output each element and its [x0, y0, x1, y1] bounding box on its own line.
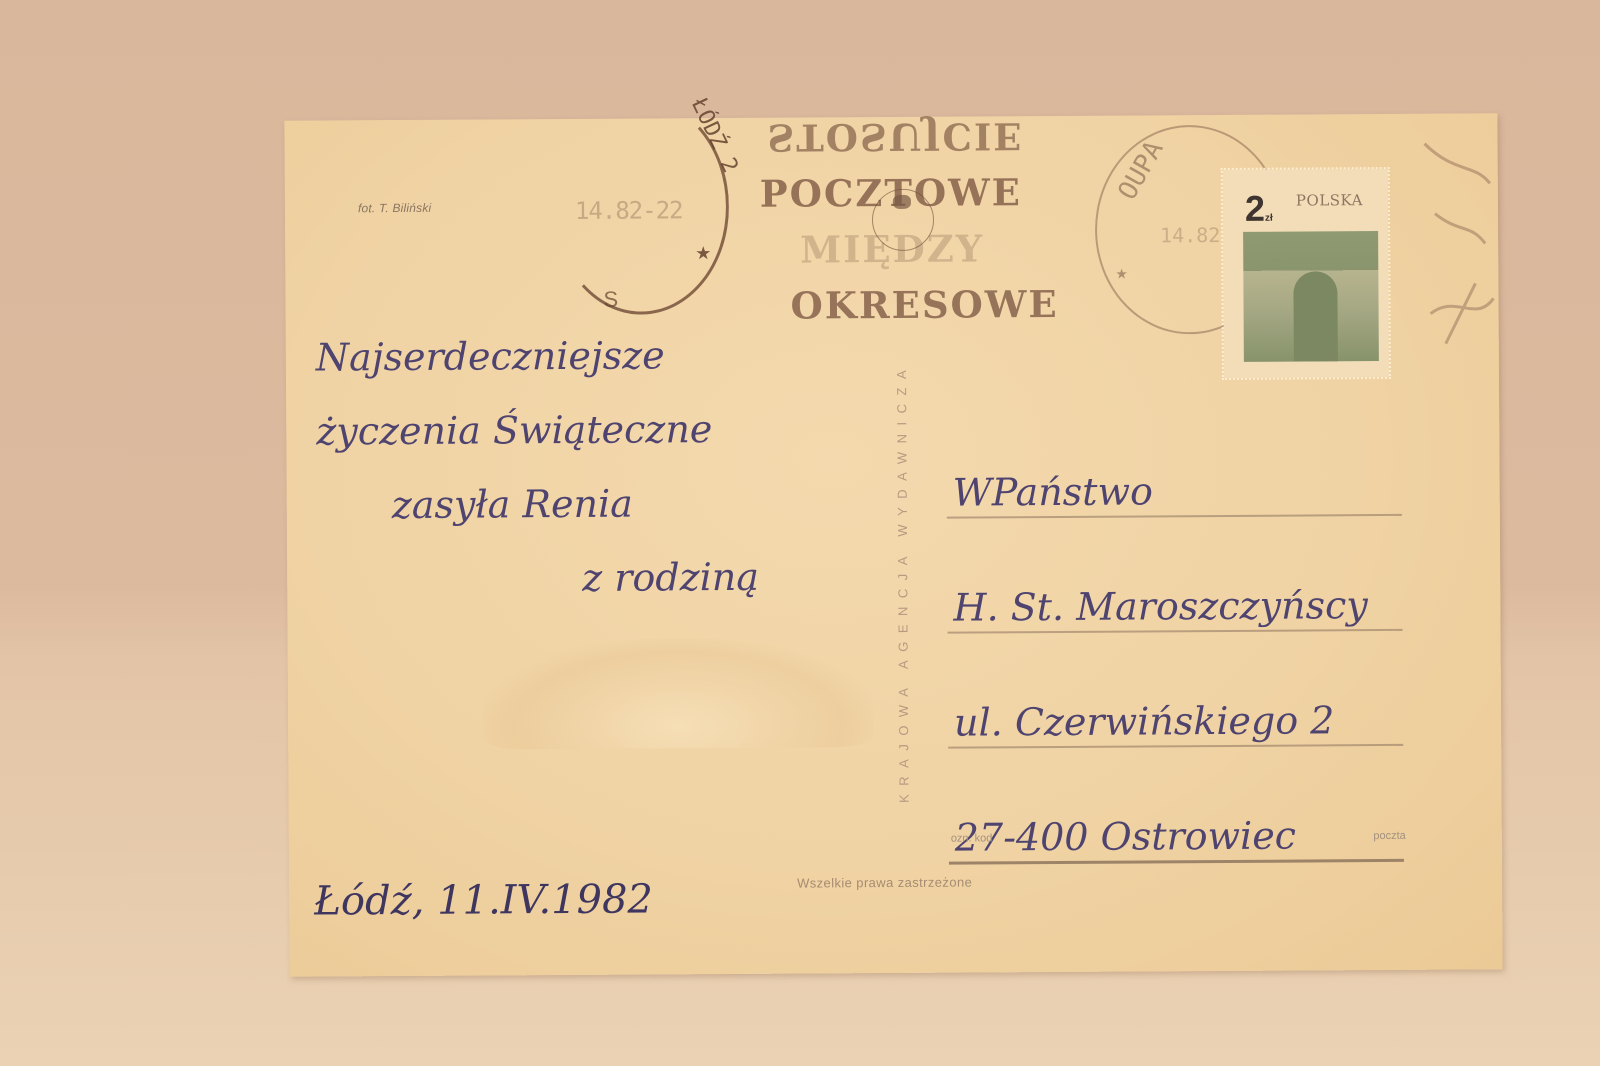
- address-line: H. St. Maroszczyńscy: [947, 516, 1403, 634]
- stamp-value: 2zł: [1245, 188, 1273, 230]
- signoff-place-date: Łódź, 11.IV.1982: [314, 876, 653, 924]
- stamp-arch-shape: [1293, 271, 1338, 361]
- photo-credit: fot. T. Biliński: [358, 201, 432, 215]
- address-block: WPaństwo H. St. Maroszczyńscy ul. Czerwi…: [946, 449, 1404, 865]
- postage-stamp: 2zł POLSKA: [1223, 169, 1389, 378]
- postmark-left-code: S: [603, 287, 618, 313]
- rights-reserved-text: Wszelkie prawa zastrzeżone: [797, 875, 972, 891]
- water-stain: [483, 637, 874, 749]
- post-emblem-icon: [872, 189, 934, 251]
- postcard: fot. T. Biliński ŁÓDŹ 2 14.82-22 ★ S STO…: [284, 113, 1502, 976]
- message-line: życzenia Świąteczne: [316, 392, 758, 469]
- publisher-vertical-text: KRAJOWA AGENCJA WYDAWNICZA: [894, 322, 921, 842]
- message-line: Najserdeczniejsze: [316, 318, 758, 395]
- address-line: 27-400 Ostrowiec: [948, 746, 1404, 865]
- star-icon: ★: [695, 243, 711, 264]
- postcode-label: ozn. kod: [951, 832, 993, 844]
- stamp-building-image: [1243, 231, 1379, 362]
- post-office-label: poczta: [1373, 830, 1405, 842]
- wavy-cancel-lines-icon: [1414, 123, 1495, 353]
- address-line: ul. Czerwińskiego 2: [948, 631, 1404, 749]
- address-line: WPaństwo: [946, 449, 1401, 519]
- message-line: z rodziną: [317, 540, 759, 617]
- message-line: zasyła Renia: [317, 466, 759, 543]
- stamp-country: POLSKA: [1296, 191, 1363, 209]
- postmark-right-date: 14.82: [1160, 223, 1220, 247]
- star-icon: ★: [1115, 266, 1128, 283]
- postmark-left-date: 14.82-22: [575, 196, 683, 225]
- slogan-line: STOSUJCIE: [759, 108, 1049, 166]
- handwritten-message: Najserdeczniejsze życzenia Świąteczne za…: [316, 318, 760, 617]
